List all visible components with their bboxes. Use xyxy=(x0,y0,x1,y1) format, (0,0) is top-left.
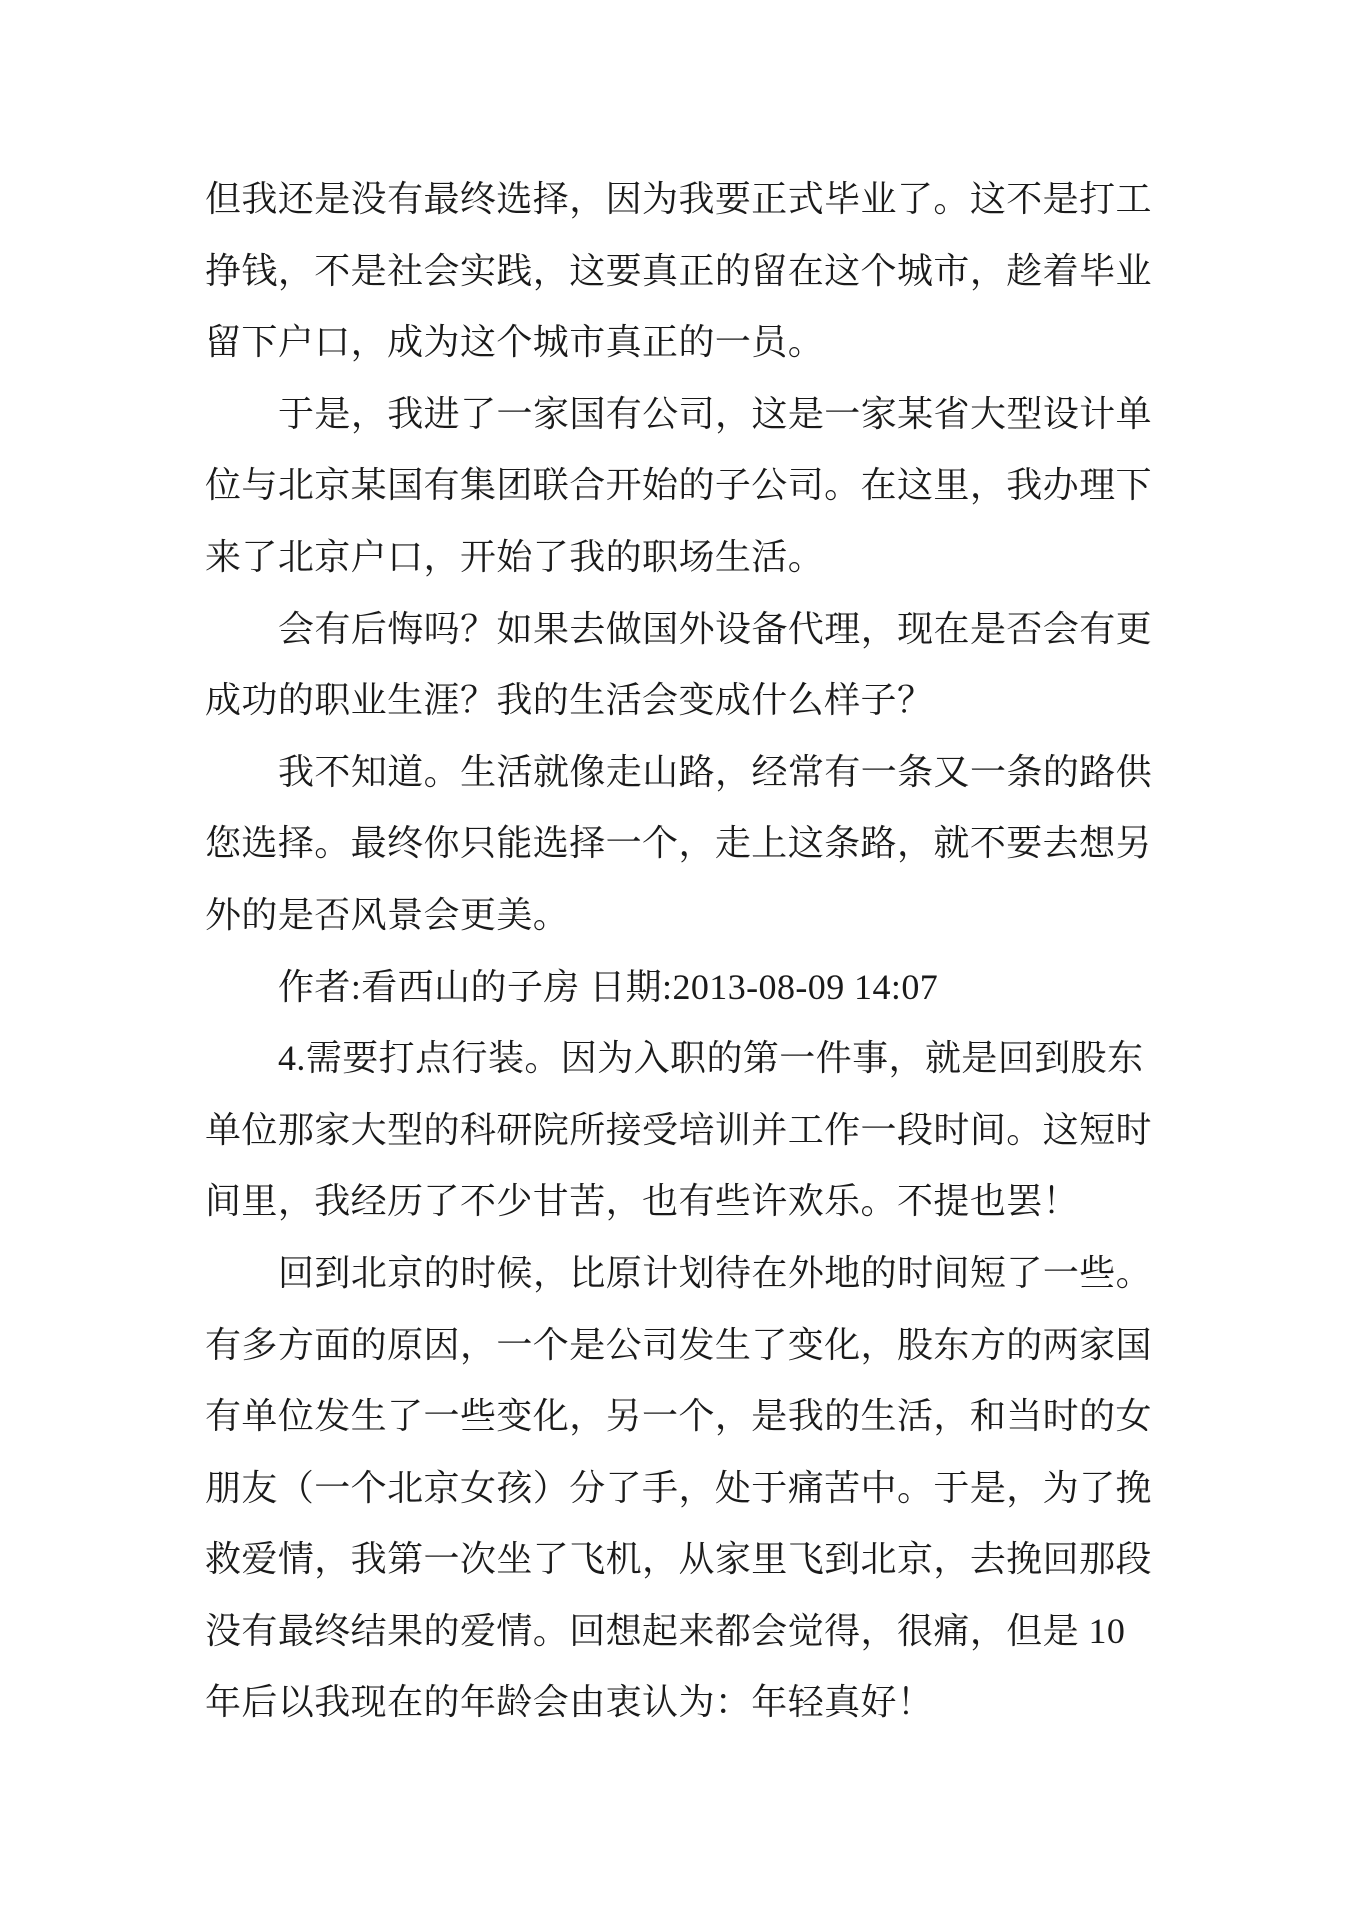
text-line: 救爱情，我第一次坐了飞机，从家里飞到北京，去挽回那段 xyxy=(205,1524,1153,1596)
paragraph: 我不知道。生活就像走山路，经常有一条又一条的路供您选择。最终你只能选择一个，走上… xyxy=(205,737,1153,952)
text-line: 有单位发生了一些变化，另一个，是我的生活，和当时的女 xyxy=(205,1381,1153,1453)
text-line: 留下户口，成为这个城市真正的一员。 xyxy=(205,307,1153,379)
text-line: 会有后悔吗？如果去做国外设备代理，现在是否会有更 xyxy=(205,594,1153,666)
text-line: 于是，我进了一家国有公司，这是一家某省大型设计单 xyxy=(205,379,1153,451)
text-line: 但我还是没有最终选择，因为我要正式毕业了。这不是打工 xyxy=(205,164,1153,236)
paragraph: 但我还是没有最终选择，因为我要正式毕业了。这不是打工挣钱，不是社会实践，这要真正… xyxy=(205,164,1153,379)
text-line: 单位那家大型的科研院所接受培训并工作一段时间。这短时 xyxy=(205,1095,1153,1167)
text-line: 回到北京的时候，比原计划待在外地的时间短了一些。 xyxy=(205,1238,1153,1310)
paragraph: 作者:看西山的子房 日期:2013-08-09 14:07 xyxy=(205,952,1153,1024)
text-line: 外的是否风景会更美。 xyxy=(205,880,1153,952)
text-line: 间里，我经历了不少甘苦，也有些许欢乐。不提也罢！ xyxy=(205,1166,1153,1238)
text-line: 有多方面的原因，一个是公司发生了变化，股东方的两家国 xyxy=(205,1310,1153,1382)
text-line: 年后以我现在的年龄会由衷认为：年轻真好！ xyxy=(205,1667,1153,1739)
text-line: 作者:看西山的子房 日期:2013-08-09 14:07 xyxy=(205,952,1153,1024)
text-line: 您选择。最终你只能选择一个，走上这条路，就不要去想另 xyxy=(205,808,1153,880)
paragraph: 回到北京的时候，比原计划待在外地的时间短了一些。有多方面的原因，一个是公司发生了… xyxy=(205,1238,1153,1739)
text-line: 4.需要打点行装。因为入职的第一件事，就是回到股东 xyxy=(205,1023,1153,1095)
paragraph: 会有后悔吗？如果去做国外设备代理，现在是否会有更成功的职业生涯？我的生活会变成什… xyxy=(205,594,1153,737)
text-line: 我不知道。生活就像走山路，经常有一条又一条的路供 xyxy=(205,737,1153,809)
text-line: 成功的职业生涯？我的生活会变成什么样子？ xyxy=(205,665,1153,737)
paragraph: 4.需要打点行装。因为入职的第一件事，就是回到股东单位那家大型的科研院所接受培训… xyxy=(205,1023,1153,1238)
text-line: 位与北京某国有集团联合开始的子公司。在这里，我办理下 xyxy=(205,450,1153,522)
text-line: 没有最终结果的爱情。回想起来都会觉得，很痛，但是 10 xyxy=(205,1596,1153,1668)
text-line: 来了北京户口，开始了我的职场生活。 xyxy=(205,522,1153,594)
paragraph: 于是，我进了一家国有公司，这是一家某省大型设计单位与北京某国有集团联合开始的子公… xyxy=(205,379,1153,594)
document-page: 但我还是没有最终选择，因为我要正式毕业了。这不是打工挣钱，不是社会实践，这要真正… xyxy=(205,164,1153,1739)
text-line: 朋友（一个北京女孩）分了手，处于痛苦中。于是，为了挽 xyxy=(205,1453,1153,1525)
text-line: 挣钱，不是社会实践，这要真正的留在这个城市，趁着毕业 xyxy=(205,236,1153,308)
